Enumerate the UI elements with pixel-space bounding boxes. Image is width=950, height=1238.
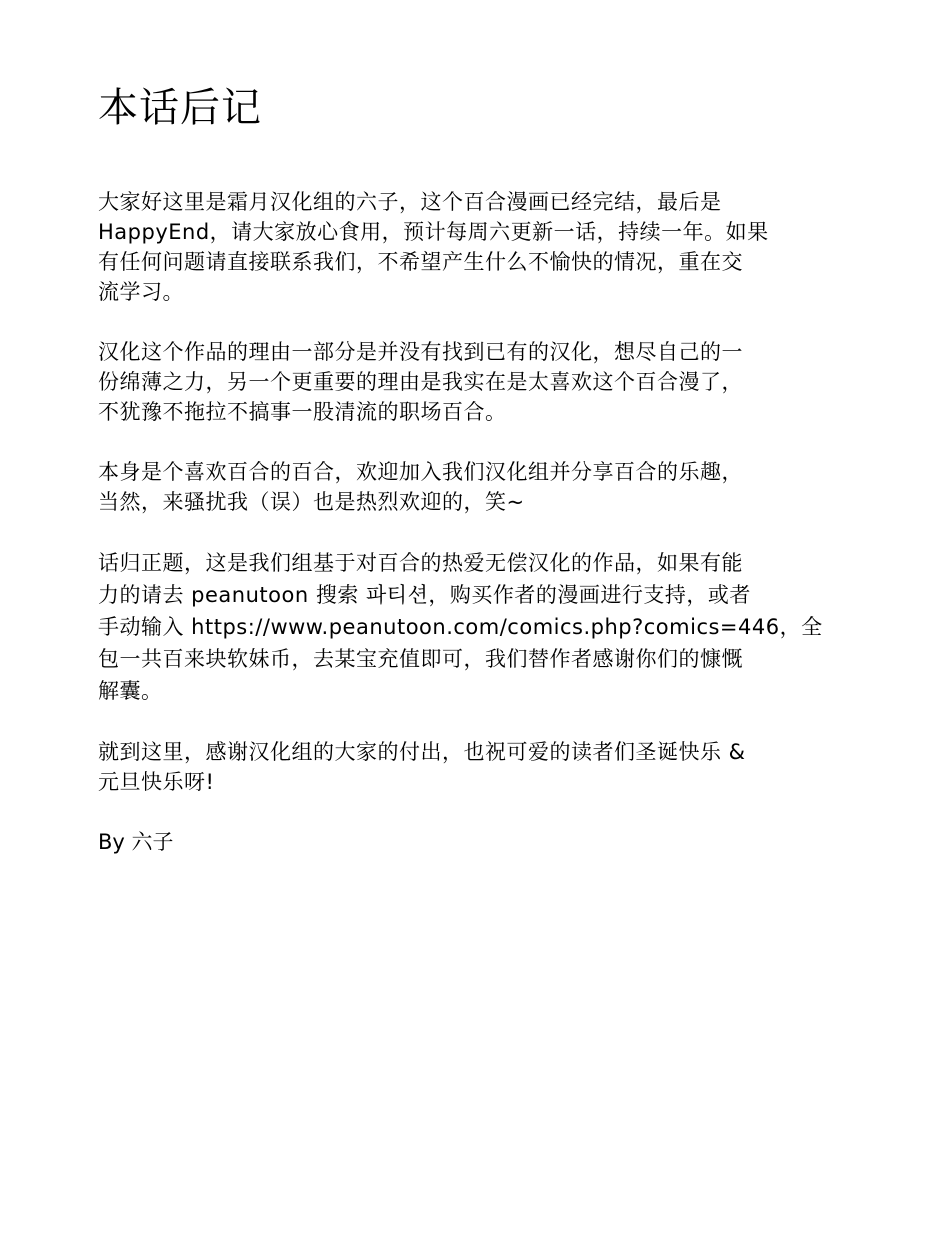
text-line: 包一共百来块软妹币，去某宝充值即可，我们替作者感谢你们的慷慨 — [98, 643, 803, 675]
text-line: HappyEnd，请大家放心食用，预计每周六更新一话，持续一年。如果 — [98, 217, 803, 247]
text-line: 本身是个喜欢百合的百合，欢迎加入我们汉化组并分享百合的乐趣， — [98, 457, 803, 487]
text-line: 解囊。 — [98, 675, 803, 707]
paragraph-support: 话归正题，这是我们组基于对百合的热爱无偿汉化的作品，如果有能 力的请去 pean… — [98, 547, 803, 707]
document-page: 本话后记 大家好这里是霜月汉化组的六子，这个百合漫画已经完结，最后是 Happy… — [98, 84, 803, 857]
text-line: 份绵薄之力，另一个更重要的理由是我实在是太喜欢这个百合漫了， — [98, 367, 803, 397]
text-line: 元旦快乐呀! — [98, 767, 803, 797]
text-line: 汉化这个作品的理由一部分是并没有找到已有的汉化，想尽自己的一 — [98, 337, 803, 367]
signature: By 六子 — [98, 827, 803, 857]
text-line-with-url: 手动输入 https://www.peanutoon.com/comics.ph… — [98, 611, 803, 643]
text-line: 大家好这里是霜月汉化组的六子，这个百合漫画已经完结，最后是 — [98, 187, 803, 217]
document-body: 大家好这里是霜月汉化组的六子，这个百合漫画已经完结，最后是 HappyEnd，请… — [98, 187, 803, 857]
text-line: 有任何问题请直接联系我们，不希望产生什么不愉快的情况，重在交 — [98, 247, 803, 277]
text-line: 不犹豫不拖拉不搞事一股清流的职场百合。 — [98, 397, 803, 427]
text-line: 当然，来骚扰我（误）也是热烈欢迎的，笑~ — [98, 487, 803, 517]
page-title: 本话后记 — [98, 84, 803, 132]
text-line: 话归正题，这是我们组基于对百合的热爱无偿汉化的作品，如果有能 — [98, 547, 803, 579]
paragraph-intro: 大家好这里是霜月汉化组的六子，这个百合漫画已经完结，最后是 HappyEnd，请… — [98, 187, 803, 307]
text-line: 就到这里，感谢汉化组的大家的付出，也祝可爱的读者们圣诞快乐 & — [98, 737, 803, 767]
paragraph-reason: 汉化这个作品的理由一部分是并没有找到已有的汉化，想尽自己的一 份绵薄之力，另一个… — [98, 337, 803, 427]
text-line: 力的请去 peanutoon 搜索 파티션，购买作者的漫画进行支持，或者 — [98, 579, 803, 611]
paragraph-closing: 就到这里，感谢汉化组的大家的付出，也祝可爱的读者们圣诞快乐 & 元旦快乐呀! — [98, 737, 803, 797]
text-line: 流学习。 — [98, 277, 803, 307]
paragraph-welcome: 本身是个喜欢百合的百合，欢迎加入我们汉化组并分享百合的乐趣， 当然，来骚扰我（误… — [98, 457, 803, 517]
